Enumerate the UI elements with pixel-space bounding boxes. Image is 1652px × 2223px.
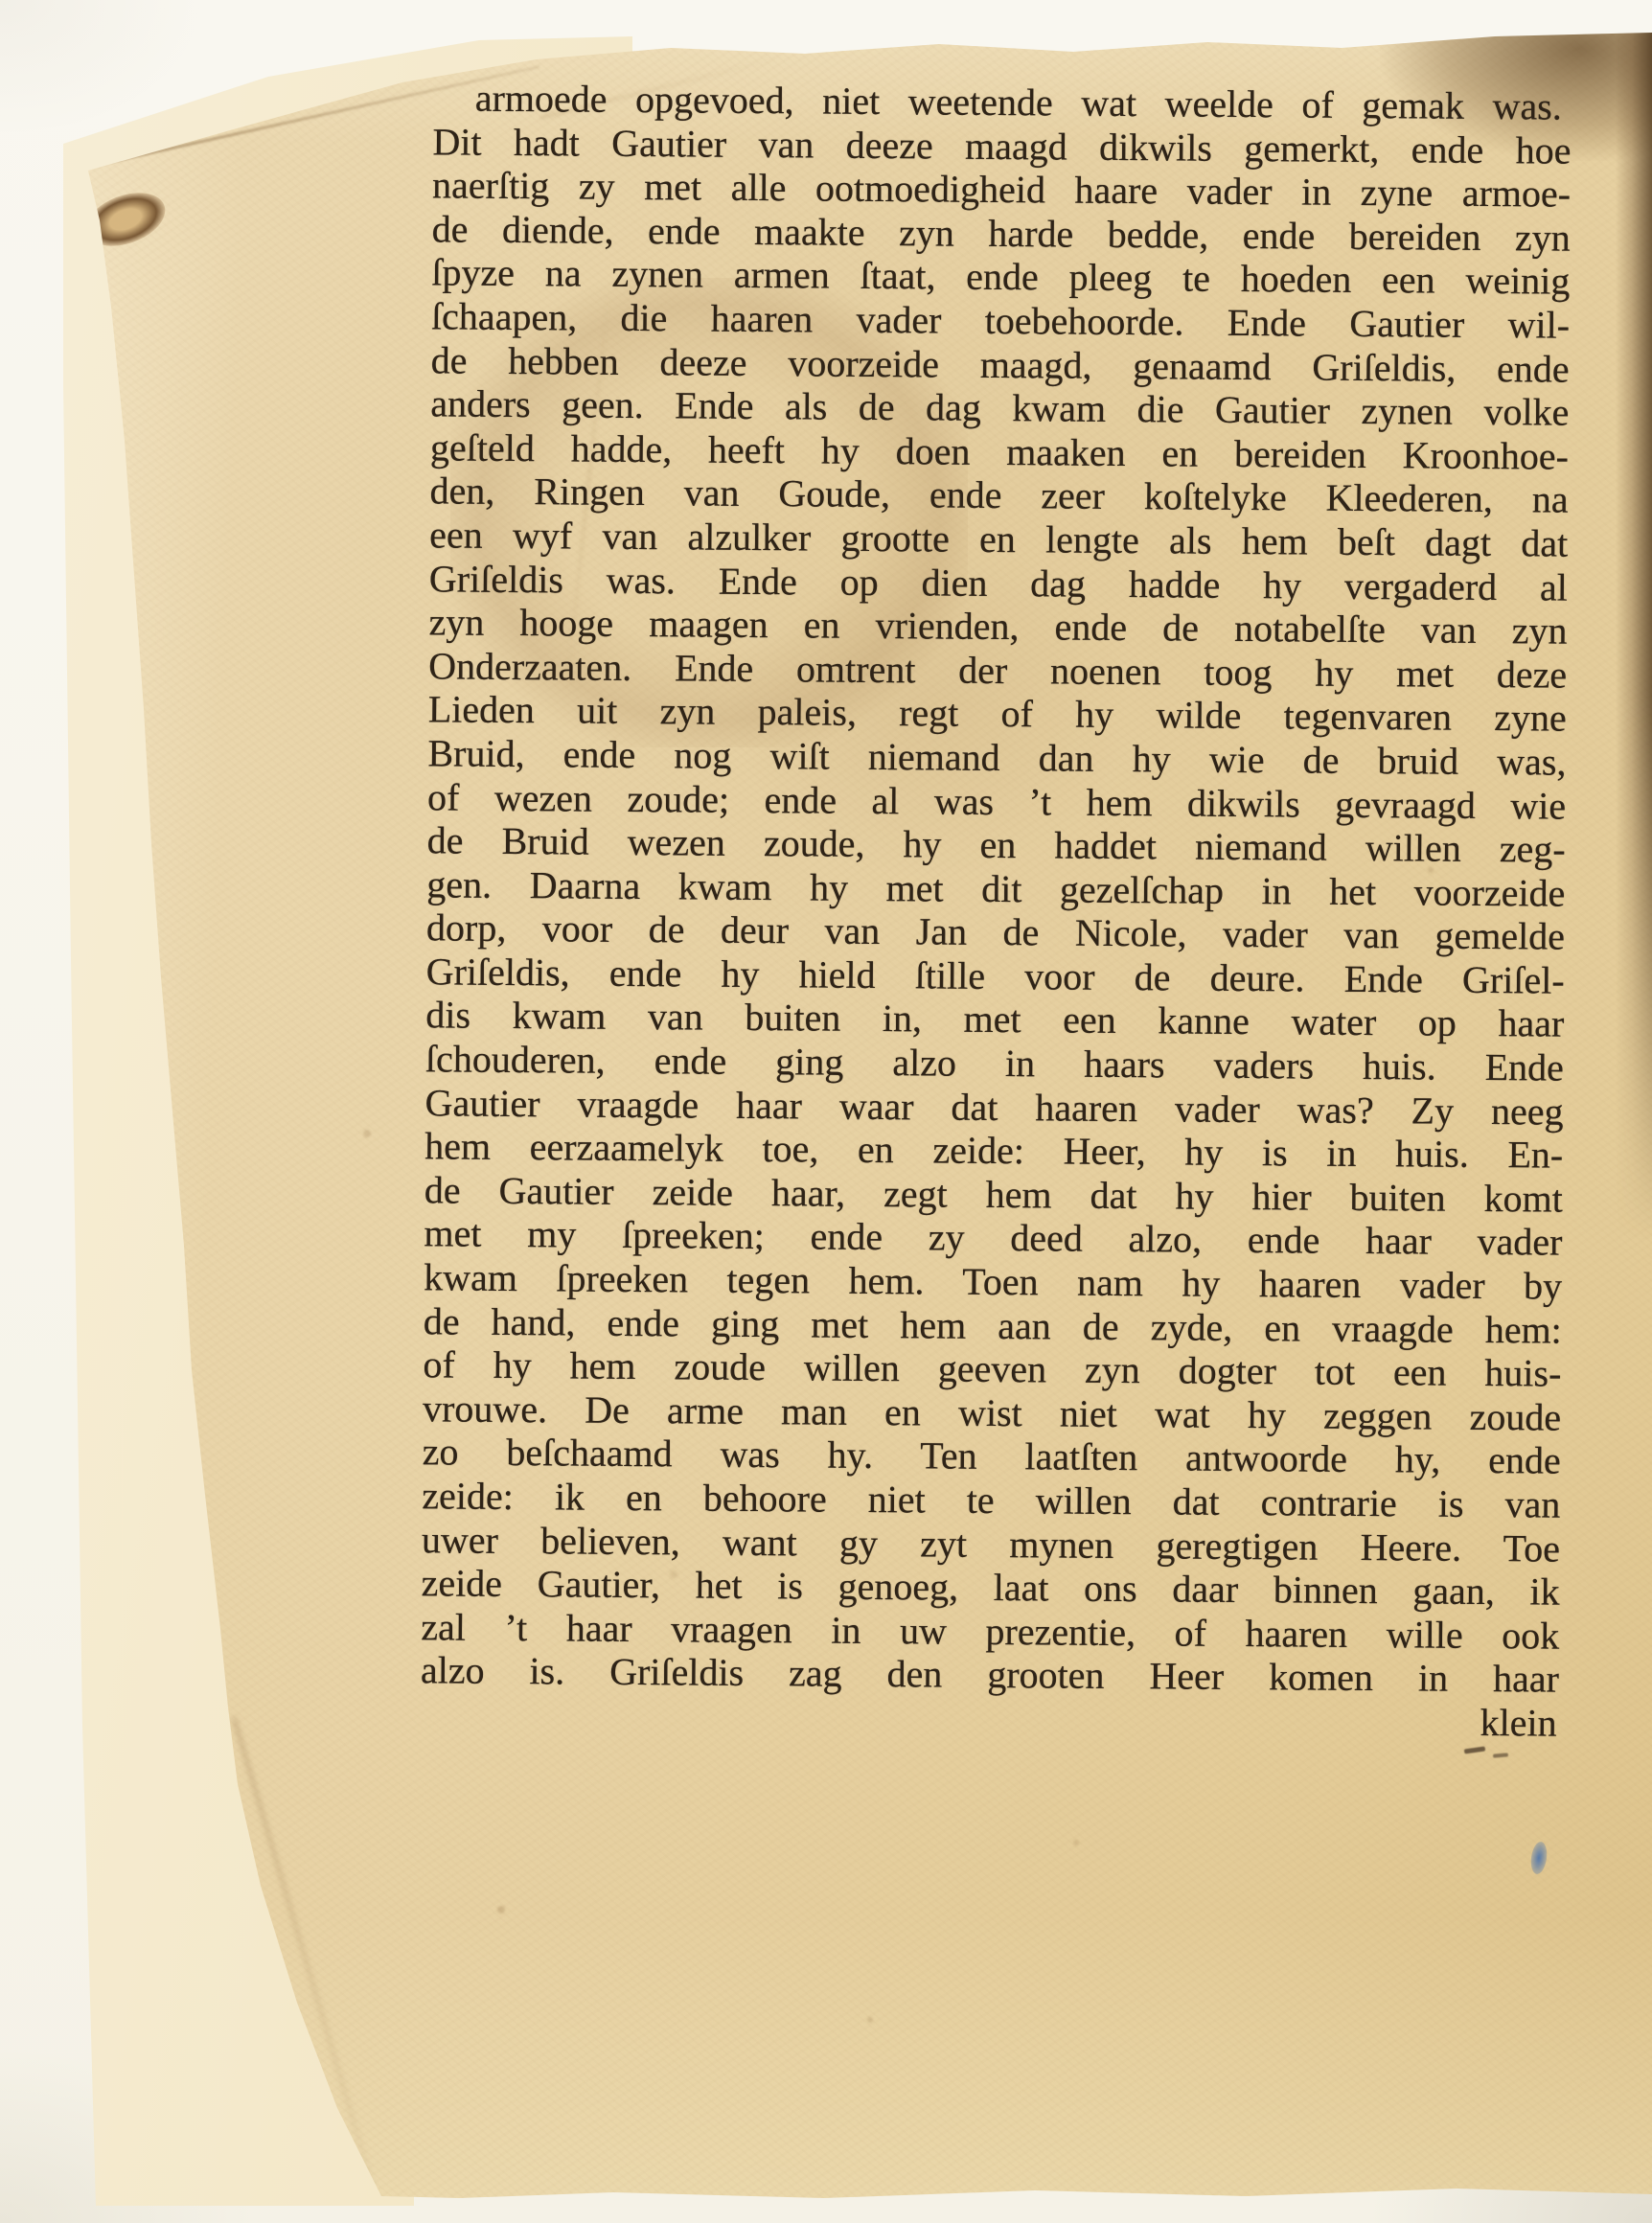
printed-text-block: armoede opgevoed, niet weetende wat weel… (420, 76, 1572, 1745)
body-text-lines: armoede opgevoed, niet weetende wat weel… (421, 76, 1572, 1701)
paper-specks (0, 0, 6, 6)
text-line: alzo is. Griſeldis zag den grooten Heer … (421, 1649, 1559, 1702)
catchword: klein (420, 1692, 1558, 1745)
scanned-book-page-photo: armoede opgevoed, niet weetende wat weel… (0, 0, 1652, 2223)
